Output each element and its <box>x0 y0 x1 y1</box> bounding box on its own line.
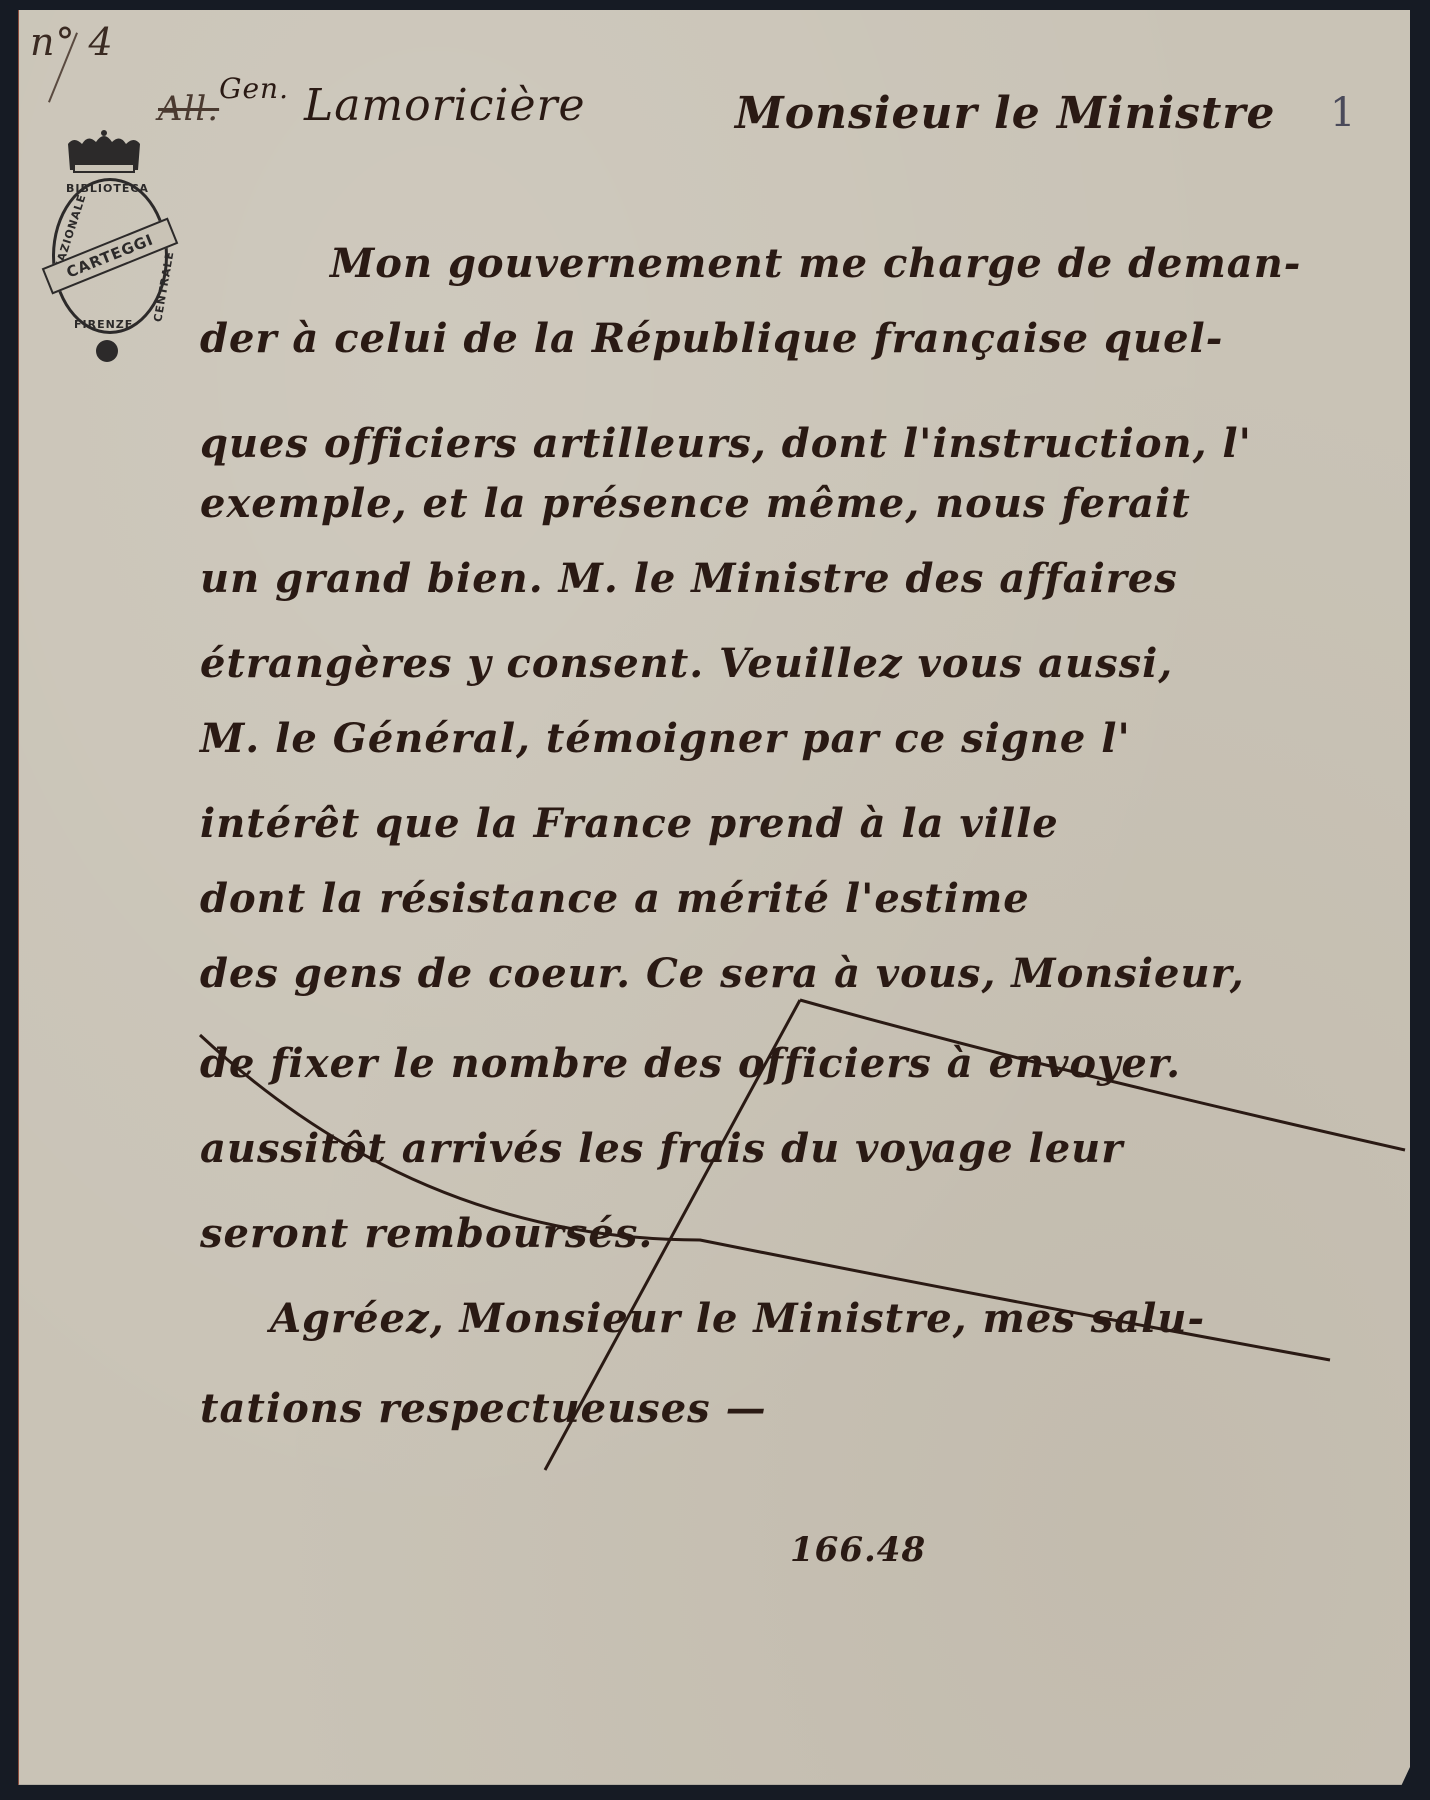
catalog-number: 166.48 <box>790 1530 926 1570</box>
body-line: M. le Général, témoigner par ce signe l' <box>200 715 1131 762</box>
stamp-bottom-text: FIRENZE <box>74 318 133 331</box>
body-line: exemple, et la présence même, nous ferai… <box>200 480 1191 527</box>
body-line: ques officiers artilleurs, dont l'instru… <box>200 420 1252 467</box>
page-number: 1 <box>1330 90 1356 136</box>
addressee-struck-prefix: All. <box>158 89 219 129</box>
body-line: un grand bien. M. le Ministre des affair… <box>200 555 1178 602</box>
body-line: seront remboursés. <box>200 1210 653 1257</box>
body-line: dont la résistance a mérité l'estime <box>200 875 1030 922</box>
body-line: intérêt que la France prend à la ville <box>200 800 1059 847</box>
addressee-name: Lamoricière <box>304 80 586 131</box>
body-line: der à celui de la République française q… <box>200 315 1223 362</box>
stamp-ornament <box>96 340 118 362</box>
body-line: des gens de coeur. Ce sera à vous, Monsi… <box>200 950 1245 997</box>
salutation: Monsieur le Ministre <box>735 88 1275 139</box>
closing-line: Agréez, Monsieur le Ministre, mes salu- <box>270 1295 1205 1342</box>
addressee: All.Gen. Lamoricière <box>158 80 586 131</box>
body-line: aussitôt arrivés les frais du voyage leu… <box>200 1125 1123 1172</box>
body-line: Mon gouvernement me charge de deman- <box>330 240 1301 287</box>
addressee-inserted-title: Gen. <box>219 72 289 105</box>
library-stamp: BIBLIOTECA NAZIONALE CARTEGGI CENTRALE F… <box>44 130 174 380</box>
body-line: étrangères y consent. Veuillez vous auss… <box>200 640 1173 687</box>
reference-mark: n° 4 <box>30 20 114 64</box>
closing-line: tations respectueuses — <box>200 1385 767 1432</box>
body-line: de fixer le nombre des officiers à envoy… <box>200 1040 1181 1087</box>
crown-icon <box>64 130 144 174</box>
